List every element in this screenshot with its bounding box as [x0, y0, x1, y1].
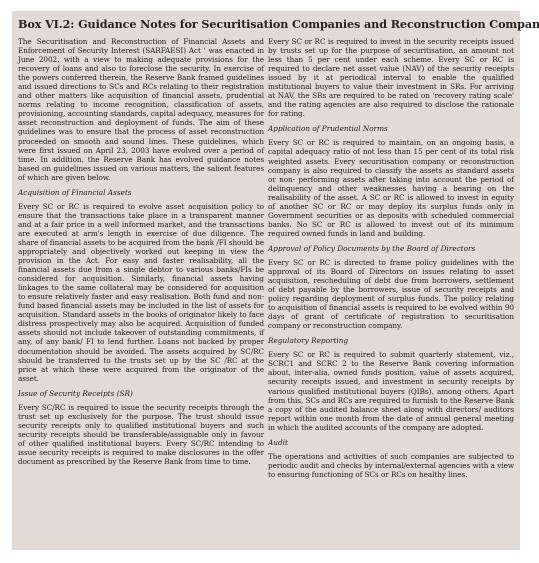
section-body-security-receipts: Every SC/RC is required to issue the sec…	[18, 403, 264, 466]
section-body-acquisition: Every SC or RC is required to evolve ass…	[18, 202, 264, 383]
section-heading-audit: Audit	[268, 438, 514, 447]
left-column: The Securitisation and Reconstruction of…	[18, 37, 264, 485]
investment-paragraph: Every SC or RC is required to invest in …	[268, 37, 514, 118]
section-heading-security-receipts: Issue of Security Receipts (SR)	[18, 389, 264, 398]
section-heading-acquisition: Acquisition of Financial Assets	[18, 188, 264, 197]
two-column-body: The Securitisation and Reconstruction of…	[18, 37, 514, 485]
guidance-notes-box: Box VI.2: Guidance Notes for Securitisat…	[12, 11, 520, 550]
section-body-prudential-norms: Every SC or RC is required to maintain, …	[268, 138, 514, 238]
right-column: Every SC or RC is required to invest in …	[268, 37, 514, 485]
box-title: Box VI.2: Guidance Notes for Securitisat…	[18, 17, 514, 31]
intro-paragraph: The Securitisation and Reconstruction of…	[18, 37, 264, 182]
section-body-regulatory-reporting: Every SC or RC is required to submit qua…	[268, 350, 514, 431]
section-heading-prudential-norms: Application of Prudential Norms	[268, 124, 514, 133]
section-body-audit: The operations and activities of such co…	[268, 452, 514, 479]
section-body-policy-approval: Every SC or RC is directed to frame poli…	[268, 258, 514, 330]
section-heading-regulatory-reporting: Regulatory Reporting	[268, 336, 514, 345]
section-heading-policy-approval: Approval of Policy Documents by the Boar…	[268, 244, 514, 253]
